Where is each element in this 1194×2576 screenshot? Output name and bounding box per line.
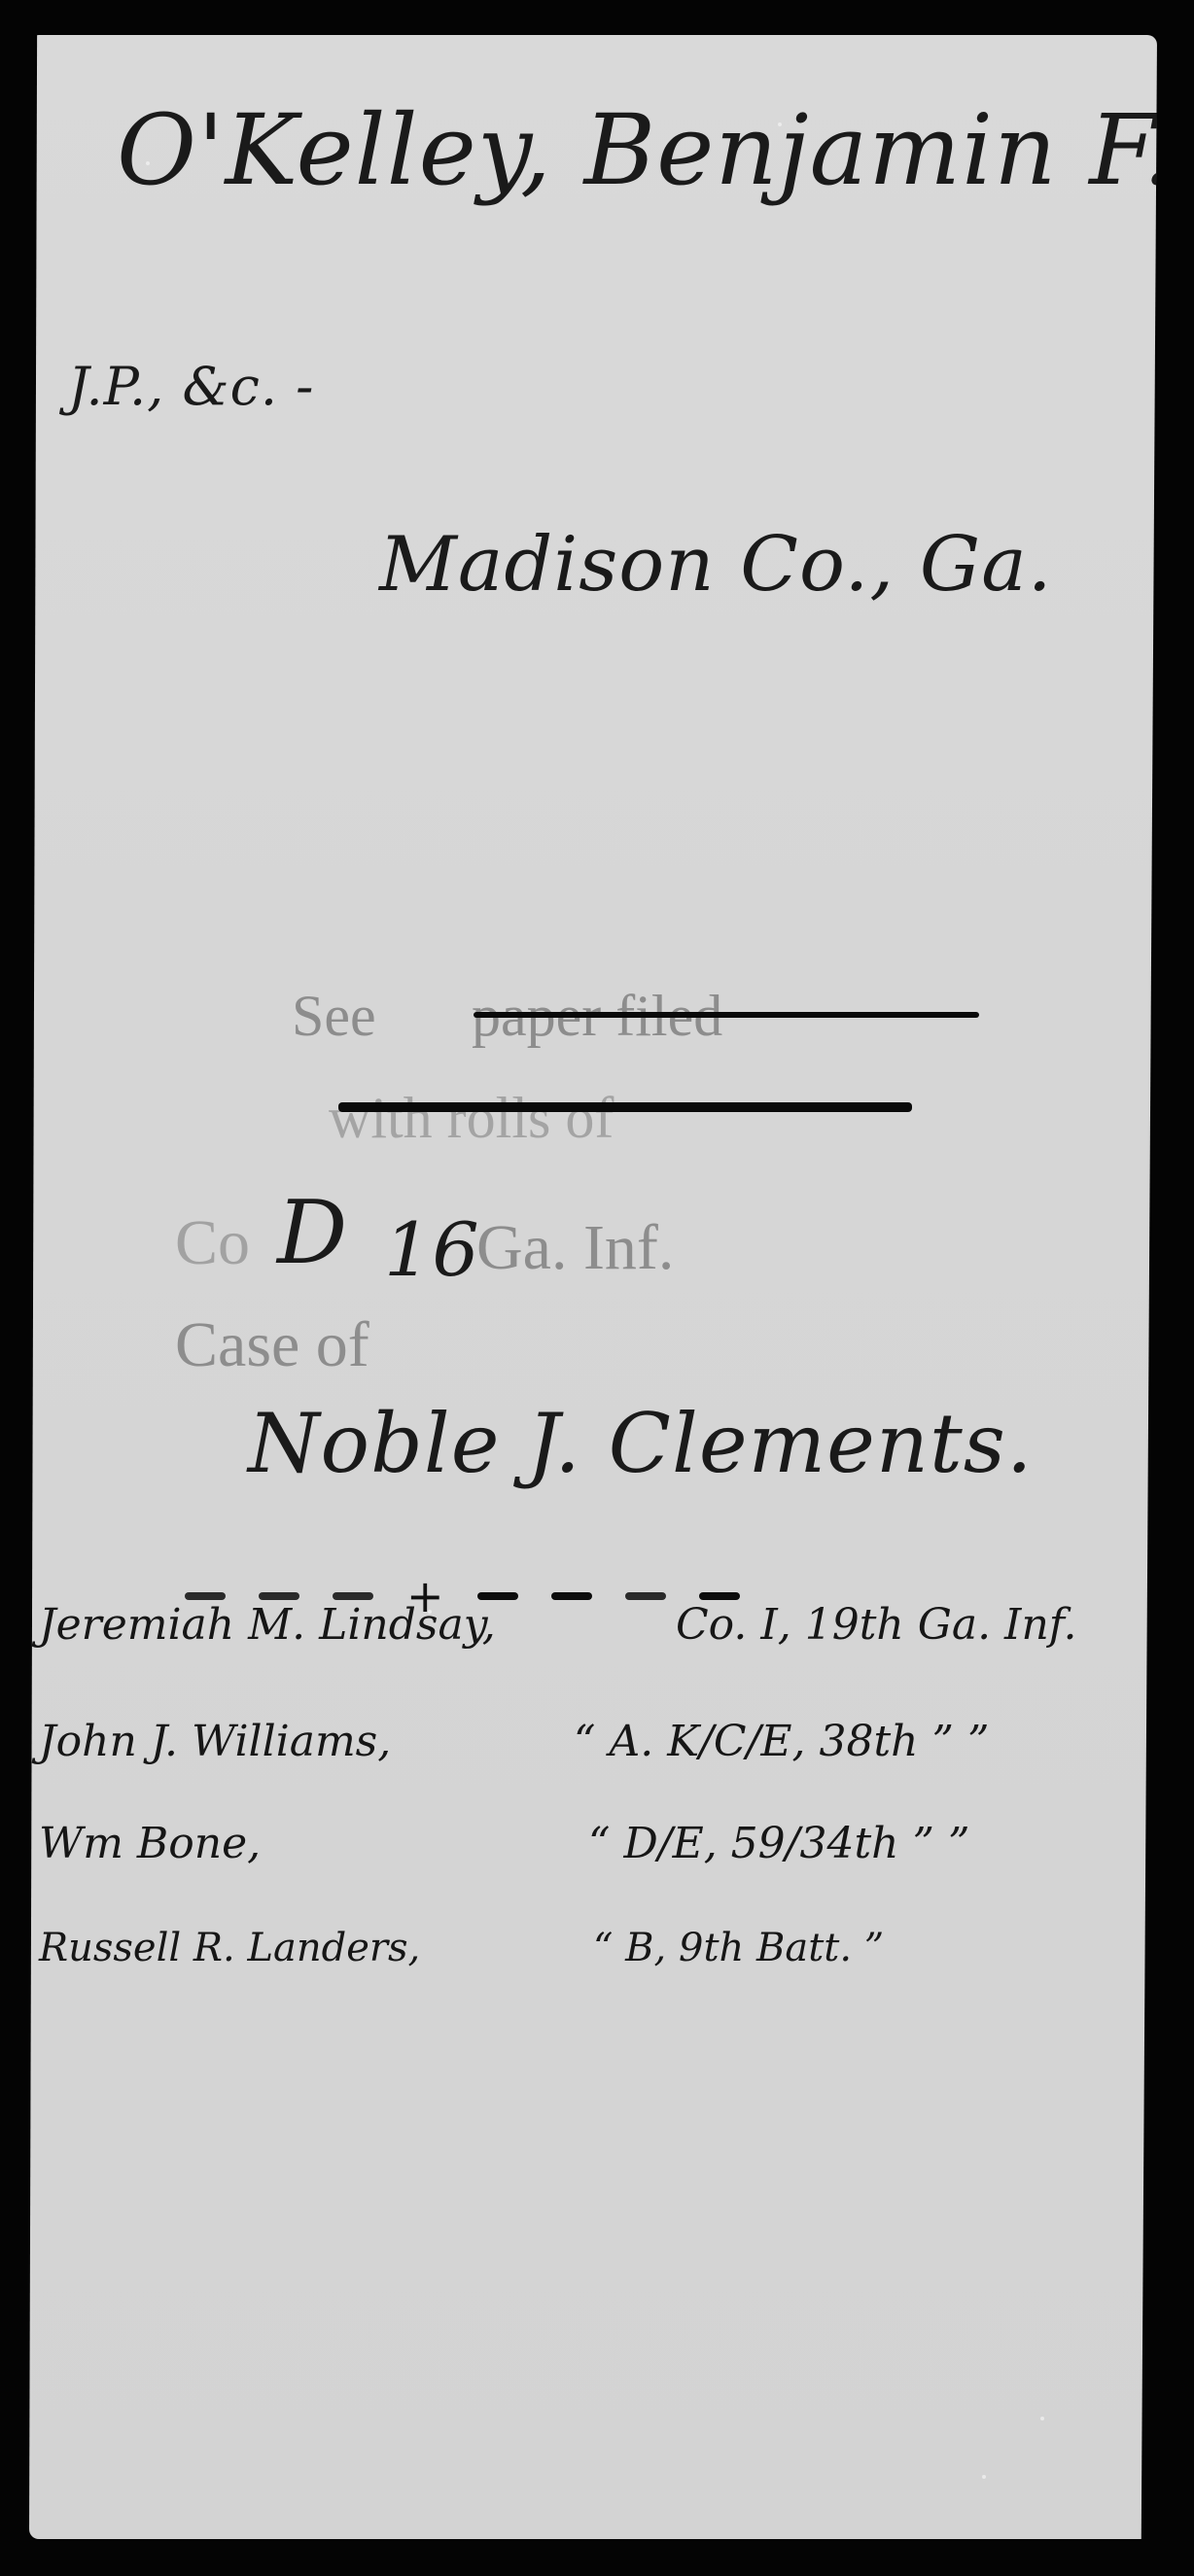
related-soldier-unit: Co. I, 19th Ga. Inf. [676,1600,1076,1650]
case-of-label: Case of [175,1308,369,1382]
related-soldier-row: John J. Williams, “ A. K/C/E, 38th ” ” [29,1717,1157,1794]
dash [185,1592,226,1600]
soldier-name: O'Kelley, Benjamin F., [117,93,1194,207]
strikethrough-line [338,1102,912,1112]
dash [699,1592,740,1600]
related-soldier-unit: “ B, 9th Batt. ” [593,1926,884,1970]
related-soldier-row: Russell R. Landers, “ B, 9th Batt. ” [29,1926,1157,2003]
related-soldier-unit: “ A. K/C/E, 38th ” ” [574,1717,989,1766]
scan-background: O'Kelley, Benjamin F., J.P., &c. - Madis… [0,0,1194,2576]
unit-suffix: Ga. Inf. [476,1211,674,1285]
soldier-location: Madison Co., Ga. [379,521,1053,609]
case-name: Noble J. Clements. [248,1396,1034,1491]
dash [477,1592,518,1600]
dash [625,1592,666,1600]
related-soldier-name: John J. Williams, [39,1717,391,1766]
company-prefix: Co [175,1206,250,1280]
index-card: O'Kelley, Benjamin F., J.P., &c. - Madis… [29,35,1157,2539]
see-label: See [292,983,376,1050]
dash [551,1592,592,1600]
related-soldier-row: Jeremiah M. Lindsay, Co. I, 19th Ga. Inf… [29,1600,1157,1678]
struck-text-with-rolls-of: with rolls of [329,1085,614,1152]
dash [333,1592,373,1600]
related-soldier-row: Wm Bone, “ D/E, 59/34th ” ” [29,1819,1157,1897]
related-soldier-name: Russell R. Landers, [39,1926,420,1970]
paper-speck [982,2475,986,2479]
dash [259,1592,299,1600]
related-soldier-name: Jeremiah M. Lindsay, [39,1600,496,1650]
related-soldier-unit: “ D/E, 59/34th ” ” [588,1819,969,1868]
regiment-value: 16 [384,1206,480,1293]
soldier-title: J.P., &c. - [68,356,314,417]
related-soldier-name: Wm Bone, [39,1819,261,1868]
company-value: D [277,1182,348,1284]
strikethrough-line [474,1012,979,1018]
paper-speck [1040,2417,1044,2420]
